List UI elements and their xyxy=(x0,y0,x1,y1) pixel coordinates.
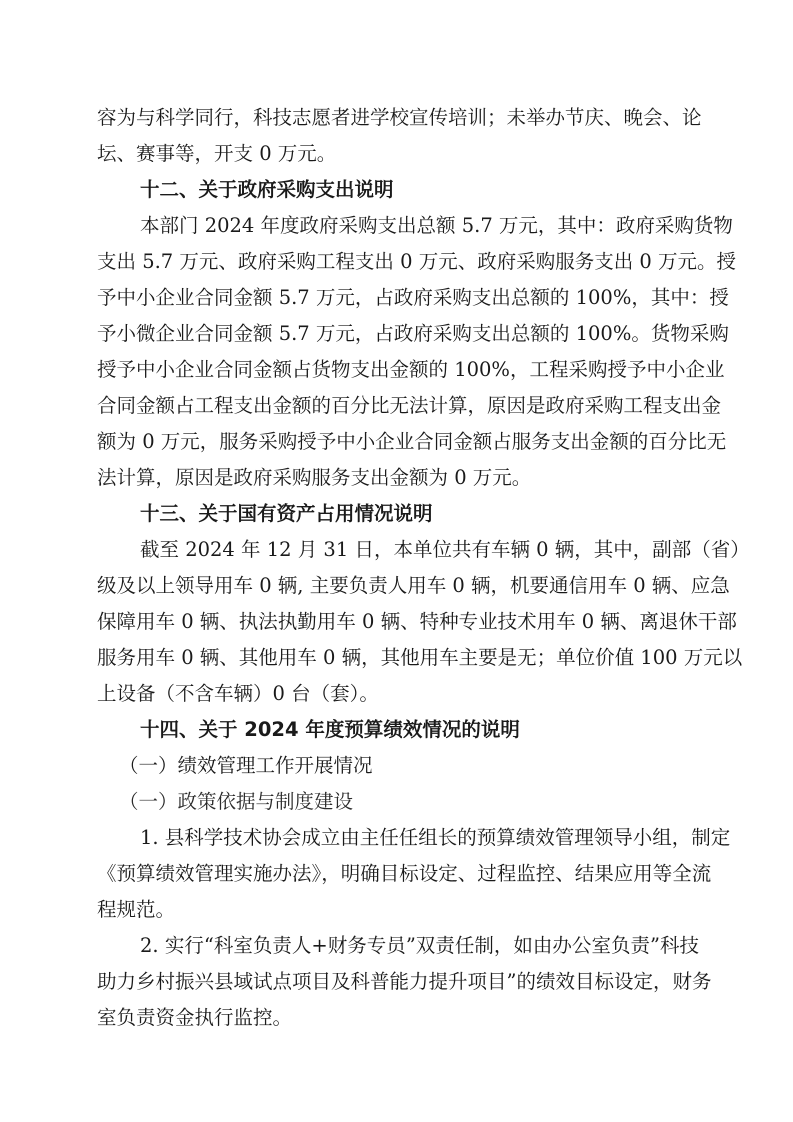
text-line: 额为 0 万元，服务采购授予中小企业合同金额占服务支出金额的百分比无 xyxy=(97,424,699,460)
text-line: 上设备（不含车辆）0 台（套）。 xyxy=(97,676,699,712)
text-line: 2. 实行“科室负责人+财务专员”双责任制，如由办公室负责”科技 xyxy=(97,928,699,964)
text-line: 保障用车 0 辆、执法执勤用车 0 辆、特种专业技术用车 0 辆、离退休干部 xyxy=(97,604,699,640)
text-line: 本部门 2024 年度政府采购支出总额 5.7 万元，其中：政府采购货物 xyxy=(97,208,699,244)
section-heading-13: 十三、关于国有资产占用情况说明 xyxy=(97,496,699,532)
paragraph-assets: 截至 2024 年 12 月 31 日，本单位共有车辆 0 辆，其中，副部（省）… xyxy=(97,532,699,712)
text-line: 容为与科学同行，科技志愿者进学校宣传培训；未举办节庆、晚会、论 xyxy=(97,100,699,136)
text-line: 程规范。 xyxy=(97,892,699,928)
text-line: 服务用车 0 辆、其他用车 0 辆，其他用车主要是无；单位价值 100 万元以 xyxy=(97,640,699,676)
subsection-heading: （一）绩效管理工作开展情况 xyxy=(97,748,699,784)
paragraph-item-1: 1. 县科学技术协会成立由主任任组长的预算绩效管理领导小组，制定 《预算绩效管理… xyxy=(97,820,699,928)
text-line: 法计算，原因是政府采购服务支出金额为 0 万元。 xyxy=(97,460,699,496)
text-line: 室负责资金执行监控。 xyxy=(97,1000,699,1036)
text-line: 1. 县科学技术协会成立由主任任组长的预算绩效管理领导小组，制定 xyxy=(97,820,699,856)
subsection-heading-2: （一）政策依据与制度建设 xyxy=(97,784,699,820)
text-line: 予中小企业合同金额 5.7 万元，占政府采购支出总额的 100%，其中：授 xyxy=(97,280,699,316)
text-line: 《预算绩效管理实施办法》，明确目标设定、过程监控、结果应用等全流 xyxy=(97,856,699,892)
text-line: 级及以上领导用车 0 辆, 主要负责人用车 0 辆，机要通信用车 0 辆、应急 xyxy=(97,568,699,604)
section-heading-14: 十四、关于 2024 年度预算绩效情况的说明 xyxy=(97,712,699,748)
text-line: 授予中小企业合同金额占货物支出金额的 100%，工程采购授予中小企业 xyxy=(97,352,699,388)
paragraph-item-2: 2. 实行“科室负责人+财务专员”双责任制，如由办公室负责”科技 助力乡村振兴县… xyxy=(97,928,699,1036)
text-line: 坛、赛事等，开支 0 万元。 xyxy=(97,136,699,172)
section-heading-12: 十二、关于政府采购支出说明 xyxy=(97,172,699,208)
text-line: 截至 2024 年 12 月 31 日，本单位共有车辆 0 辆，其中，副部（省） xyxy=(97,532,699,568)
text-line: 支出 5.7 万元、政府采购工程支出 0 万元、政府采购服务支出 0 万元。授 xyxy=(97,244,699,280)
paragraph-continuation: 容为与科学同行，科技志愿者进学校宣传培训；未举办节庆、晚会、论 坛、赛事等，开支… xyxy=(97,100,699,172)
paragraph-procurement: 本部门 2024 年度政府采购支出总额 5.7 万元，其中：政府采购货物 支出 … xyxy=(97,208,699,496)
text-line: 助力乡村振兴县域试点项目及科普能力提升项目”的绩效目标设定，财务 xyxy=(97,964,699,1000)
text-line: 合同金额占工程支出金额的百分比无法计算，原因是政府采购工程支出金 xyxy=(97,388,699,424)
text-line: 予小微企业合同金额 5.7 万元，占政府采购支出总额的 100%。货物采购 xyxy=(97,316,699,352)
document-page: 容为与科学同行，科技志愿者进学校宣传培训；未举办节庆、晚会、论 坛、赛事等，开支… xyxy=(97,100,699,1036)
